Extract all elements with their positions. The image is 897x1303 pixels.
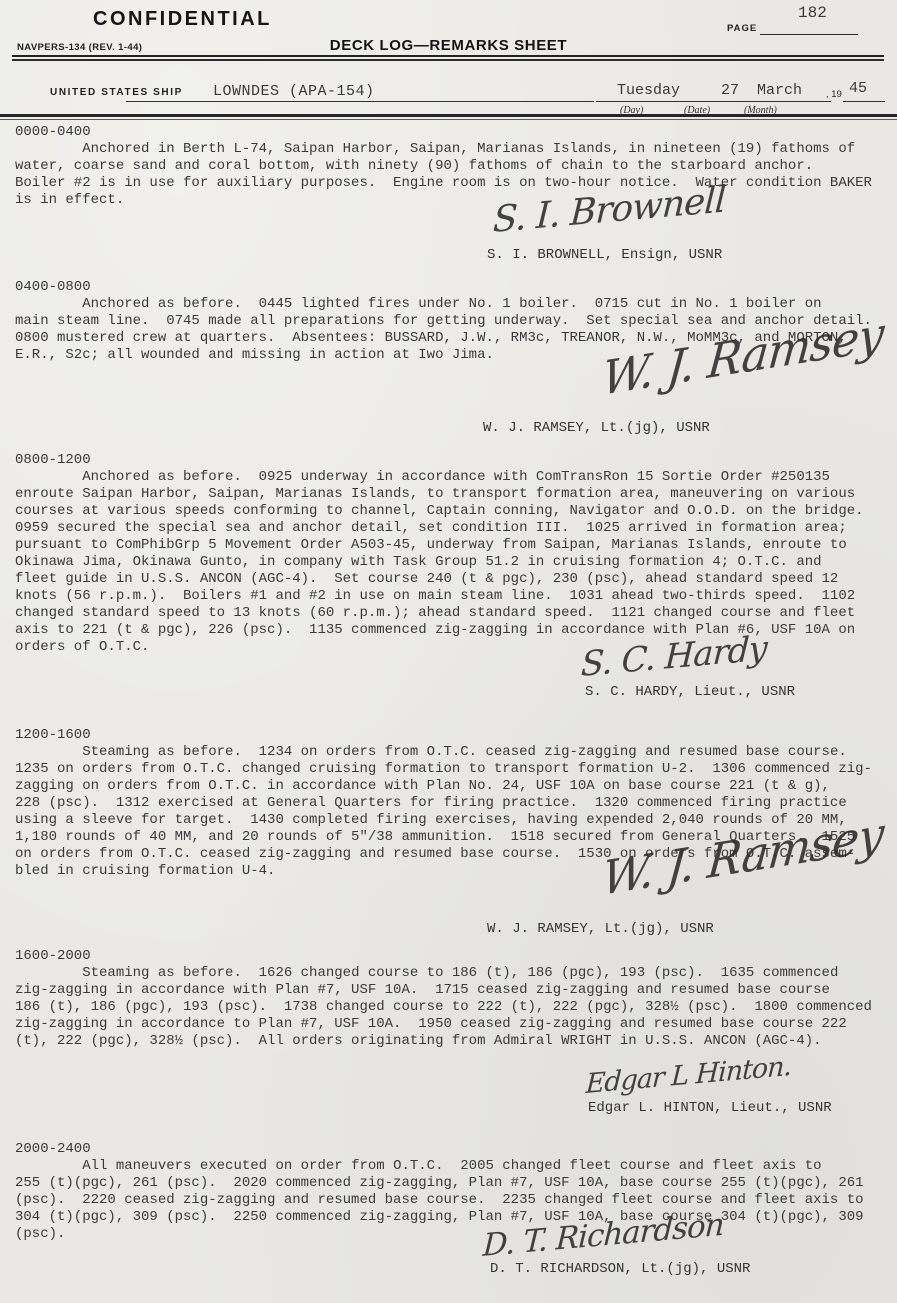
signature-typed-ramsey-2: W. J. RAMSEY, Lt.(jg), USNR (487, 921, 714, 937)
header-double-rule (12, 55, 884, 61)
entry-period: 1600-2000 (15, 948, 891, 965)
signature-typed-hinton: Edgar L. HINTON, Lieut., USNR (588, 1100, 832, 1116)
signature-handwriting-hinton: Edgar L Hinton. (585, 1051, 792, 1100)
entry-text: Anchored as before. 0925 underway in acc… (15, 469, 891, 656)
date-value: 27 (721, 82, 739, 99)
month-value: March (757, 82, 802, 99)
log-entry-1600-2000: 1600-2000 Steaming as before. 1626 chang… (15, 948, 891, 1050)
log-entry-0800-1200: 0800-1200 Anchored as before. 0925 under… (15, 452, 891, 656)
year-underline (843, 101, 885, 102)
entry-text: All maneuvers executed on order from O.T… (15, 1158, 891, 1243)
deck-log-page: CONFIDENTIAL 182 PAGE NAVPERS-134 (REV. … (0, 0, 897, 1303)
header-bottom-rule (0, 114, 897, 120)
page-number: 182 (798, 4, 827, 22)
entry-period: 0800-1200 (15, 452, 891, 469)
signature-typed-ramsey-1: W. J. RAMSEY, Lt.(jg), USNR (483, 420, 710, 436)
log-entry-2000-2400: 2000-2400 All maneuvers executed on orde… (15, 1141, 891, 1243)
ship-label: UNITED STATES SHIP (50, 87, 183, 98)
page-number-underline (760, 34, 858, 35)
signature-typed-hardy: S. C. HARDY, Lieut., USNR (585, 684, 795, 700)
entry-period: 2000-2400 (15, 1141, 891, 1158)
ship-name-underline (126, 101, 594, 102)
entry-text: Anchored in Berth L-74, Saipan Harbor, S… (15, 141, 891, 209)
year-prefix: , 19 (826, 89, 842, 100)
year-value: 45 (849, 80, 867, 97)
entry-text: Steaming as before. 1626 changed course … (15, 965, 891, 1050)
date-underline (596, 101, 831, 102)
page-label: PAGE (727, 23, 757, 34)
entry-period: 1200-1600 (15, 727, 891, 744)
signature-typed-brownell: S. I. BROWNELL, Ensign, USNR (487, 247, 722, 263)
day-value: Tuesday (617, 82, 680, 99)
log-entry-0000-0400: 0000-0400 Anchored in Berth L-74, Saipan… (15, 124, 891, 209)
entry-period: 0400-0800 (15, 279, 891, 296)
ship-name-value: LOWNDES (APA-154) (213, 83, 375, 100)
signature-typed-richardson: D. T. RICHARDSON, Lt.(jg), USNR (490, 1261, 750, 1277)
classification-stamp: CONFIDENTIAL (93, 8, 272, 31)
entry-period: 0000-0400 (15, 124, 891, 141)
form-title: DECK LOG—REMARKS SHEET (0, 37, 897, 54)
